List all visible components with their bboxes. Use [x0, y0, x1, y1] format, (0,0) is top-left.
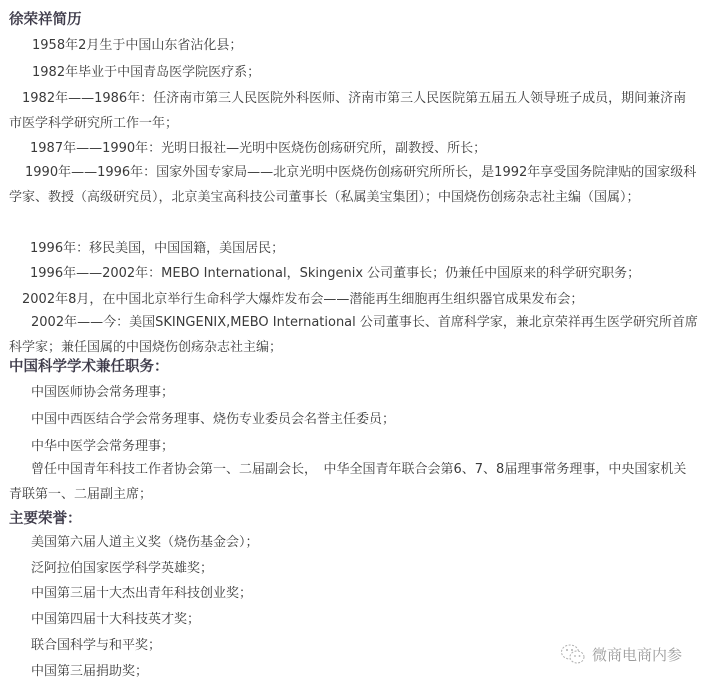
resume-item: 1996年：移民美国，中国国籍，美国居民； [30, 237, 284, 261]
resume-item: 1990年——1996年：国家外国专家局——北京光明中医烧伤创疡研究所所长，是1… [9, 160, 699, 210]
resume-item: 1982年毕业于中国青岛医学院医疗系； [32, 61, 260, 85]
resume-item: 2002年——今：美国SKINGENIX,MEBO International … [9, 310, 699, 360]
academic-item: 中华中医学会常务理事； [31, 435, 174, 459]
academic-item: 曾任中国青年科技工作者协会第一、二届副会长， 中华全国青年联合会第6、7、8届理… [9, 457, 699, 507]
article-title: 徐荣祥简历 [9, 8, 82, 29]
watermark: 微商电商内参 [560, 640, 682, 668]
wechat-icon [560, 643, 586, 665]
academic-item: 中国中西医结合学会常务理事、烧伤专业委员会名誉主任委员； [31, 408, 395, 432]
honor-item: 泛阿拉伯国家医学科学英雄奖； [31, 557, 213, 581]
academic-item: 中国医师协会常务理事； [31, 381, 174, 405]
honor-item: 中国第三届十大杰出青年科技创业奖； [31, 582, 252, 606]
resume-item: 1982年——1986年：任济南市第三人民医院外科医师、济南市第三人民医院第五届… [9, 86, 699, 136]
honor-item: 美国第六届人道主义奖（烧伤基金会）； [31, 531, 259, 555]
watermark-text: 微商电商内参 [592, 644, 682, 665]
honor-item: 中国第四届十大科技英才奖； [31, 608, 200, 632]
resume-item: 1996年——2002年：MEBO International，Skingeni… [30, 262, 640, 286]
honor-item: 联合国科学与和平奖； [31, 634, 161, 658]
resume-item: 2002年8月，在中国北京举行生命科学大爆炸发布会——潜能再生细胞再生组织器官成… [22, 288, 583, 312]
resume-item: 1958年2月生于中国山东省沾化县； [32, 34, 242, 58]
academic-heading: 中国科学学术兼任职务： [9, 355, 169, 376]
honors-heading: 主要荣誉： [9, 507, 82, 528]
honor-item: 中国第三届捐助奖； [31, 660, 148, 684]
resume-item: 1987年——1990年：光明日报社—光明中医烧伤创疡研究所，副教授、所长； [30, 137, 486, 161]
